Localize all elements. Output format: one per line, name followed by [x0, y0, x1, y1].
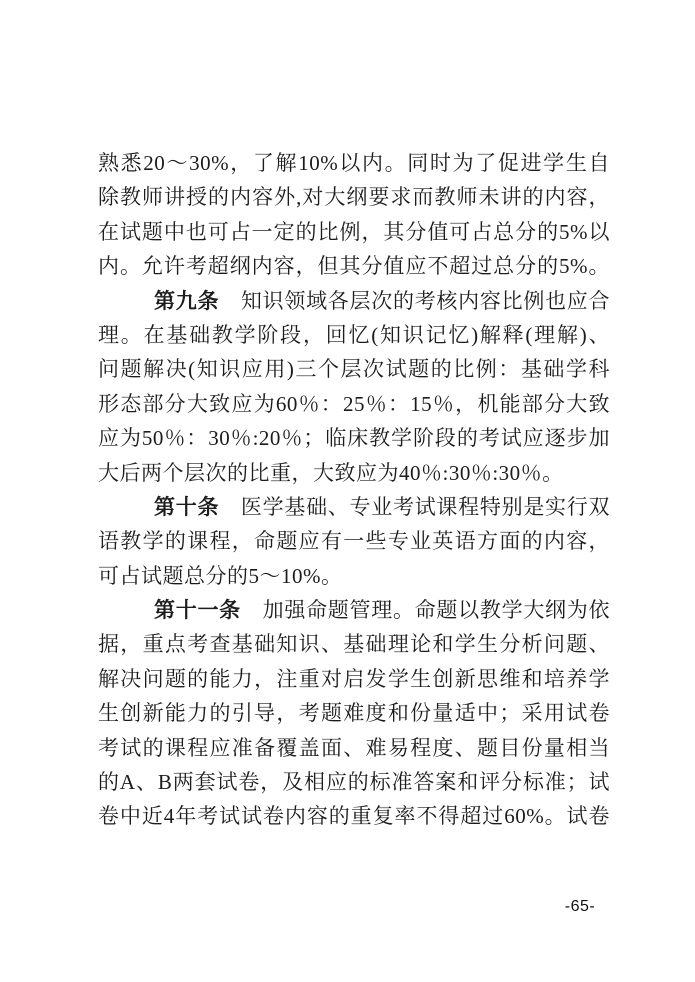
article-heading: 第十条: [154, 496, 219, 519]
line-text: 加强命题管理。命题以教学大纲为依: [241, 598, 610, 622]
line-text: 形态部分大致应为60％：25％：15％，机能部分大致: [98, 392, 610, 416]
line-text: 问题解决(知识应用)三个层次试题的比例：基础学科: [98, 357, 610, 381]
text-line: 卷中近4年考试试卷内容的重复率不得超过60%。试卷: [98, 799, 610, 833]
line-text: 熟悉20～30%，了解10%以内。同时为了促进学生自学，: [98, 151, 610, 180]
line-text: 可占试题总分的5～10%。: [98, 564, 343, 588]
line-text: 生创新能力的引导，考题难度和份量适中；采用试卷: [98, 701, 610, 725]
text-line: 生创新能力的引导，考题难度和份量适中；采用试卷: [98, 696, 610, 730]
line-text: 知识领域各层次的考核内容比例也应合: [219, 289, 610, 313]
text-line: 解决问题的能力，注重对启发学生创新思维和培养学: [98, 662, 610, 696]
text-line-article-11: 第十一条 加强命题管理。命题以教学大纲为依: [98, 593, 610, 627]
text-line: 可占试题总分的5～10%。: [98, 559, 610, 593]
page-number: -65-: [560, 898, 600, 916]
text-line: 问题解决(知识应用)三个层次试题的比例：基础学科: [98, 352, 610, 386]
text-line: 语教学的课程，命题应有一些专业英语方面的内容，: [98, 524, 610, 558]
line-text: 医学基础、专业考试课程特别是实行双: [219, 495, 610, 519]
text-line: 的A、B两套试卷，及相应的标准答案和评分标准；试: [98, 765, 610, 799]
line-text: 除教师讲授的内容外,对大纲要求而教师未讲的内容，: [98, 185, 610, 209]
text-line: 形态部分大致应为60％：25％：15％，机能部分大致: [98, 387, 610, 421]
text-line: 除教师讲授的内容外,对大纲要求而教师未讲的内容，: [98, 180, 610, 214]
line-text: 卷中近4年考试试卷内容的重复率不得超过60%。试卷: [98, 804, 610, 828]
text-line-article-9: 第九条 知识领域各层次的考核内容比例也应合: [98, 284, 610, 318]
document-text-block: 熟悉20～30%，了解10%以内。同时为了促进学生自学， 除教师讲授的内容外,对…: [98, 146, 610, 834]
text-line: 应为50％：30％:20％；临床教学阶段的考试应逐步加: [98, 421, 610, 455]
line-text: 内。允许考超纲内容，但其分值应不超过总分的5%。: [98, 254, 610, 278]
text-line-article-10: 第十条 医学基础、专业考试课程特别是实行双: [98, 490, 610, 524]
line-text: 的A、B两套试卷，及相应的标准答案和评分标准；试: [98, 770, 610, 794]
line-text: 在试题中也可占一定的比例，其分值可占总分的5%以: [98, 220, 610, 244]
article-heading: 第十一条: [154, 599, 241, 622]
text-line: 据，重点考查基础知识、基础理论和学生分析问题、: [98, 627, 610, 661]
document-page: { "document": { "lines": [ {"text": "熟悉2…: [0, 0, 695, 982]
line-text: 考试的课程应准备覆盖面、难易程度、题目份量相当: [98, 736, 610, 760]
text-line: 大后两个层次的比重，大致应为40％:30％:30％。: [98, 456, 610, 490]
text-line: 理。在基础教学阶段，回忆(知识记忆)解释(理解)、: [98, 318, 610, 352]
text-line: 考试的课程应准备覆盖面、难易程度、题目份量相当: [98, 731, 610, 765]
text-line: 熟悉20～30%，了解10%以内。同时为了促进学生自学，: [98, 146, 610, 180]
line-text: 应为50％：30％:20％；临床教学阶段的考试应逐步加: [98, 426, 610, 450]
article-heading: 第九条: [154, 290, 219, 313]
line-text: 语教学的课程，命题应有一些专业英语方面的内容，: [98, 529, 610, 553]
line-text: 据，重点考查基础知识、基础理论和学生分析问题、: [98, 632, 610, 656]
line-text: 大后两个层次的比重，大致应为40％:30％:30％。: [98, 461, 564, 485]
line-text: 理。在基础教学阶段，回忆(知识记忆)解释(理解)、: [98, 323, 610, 347]
line-text: 解决问题的能力，注重对启发学生创新思维和培养学: [98, 667, 610, 691]
text-line: 内。允许考超纲内容，但其分值应不超过总分的5%。: [98, 249, 610, 283]
text-line: 在试题中也可占一定的比例，其分值可占总分的5%以: [98, 215, 610, 249]
